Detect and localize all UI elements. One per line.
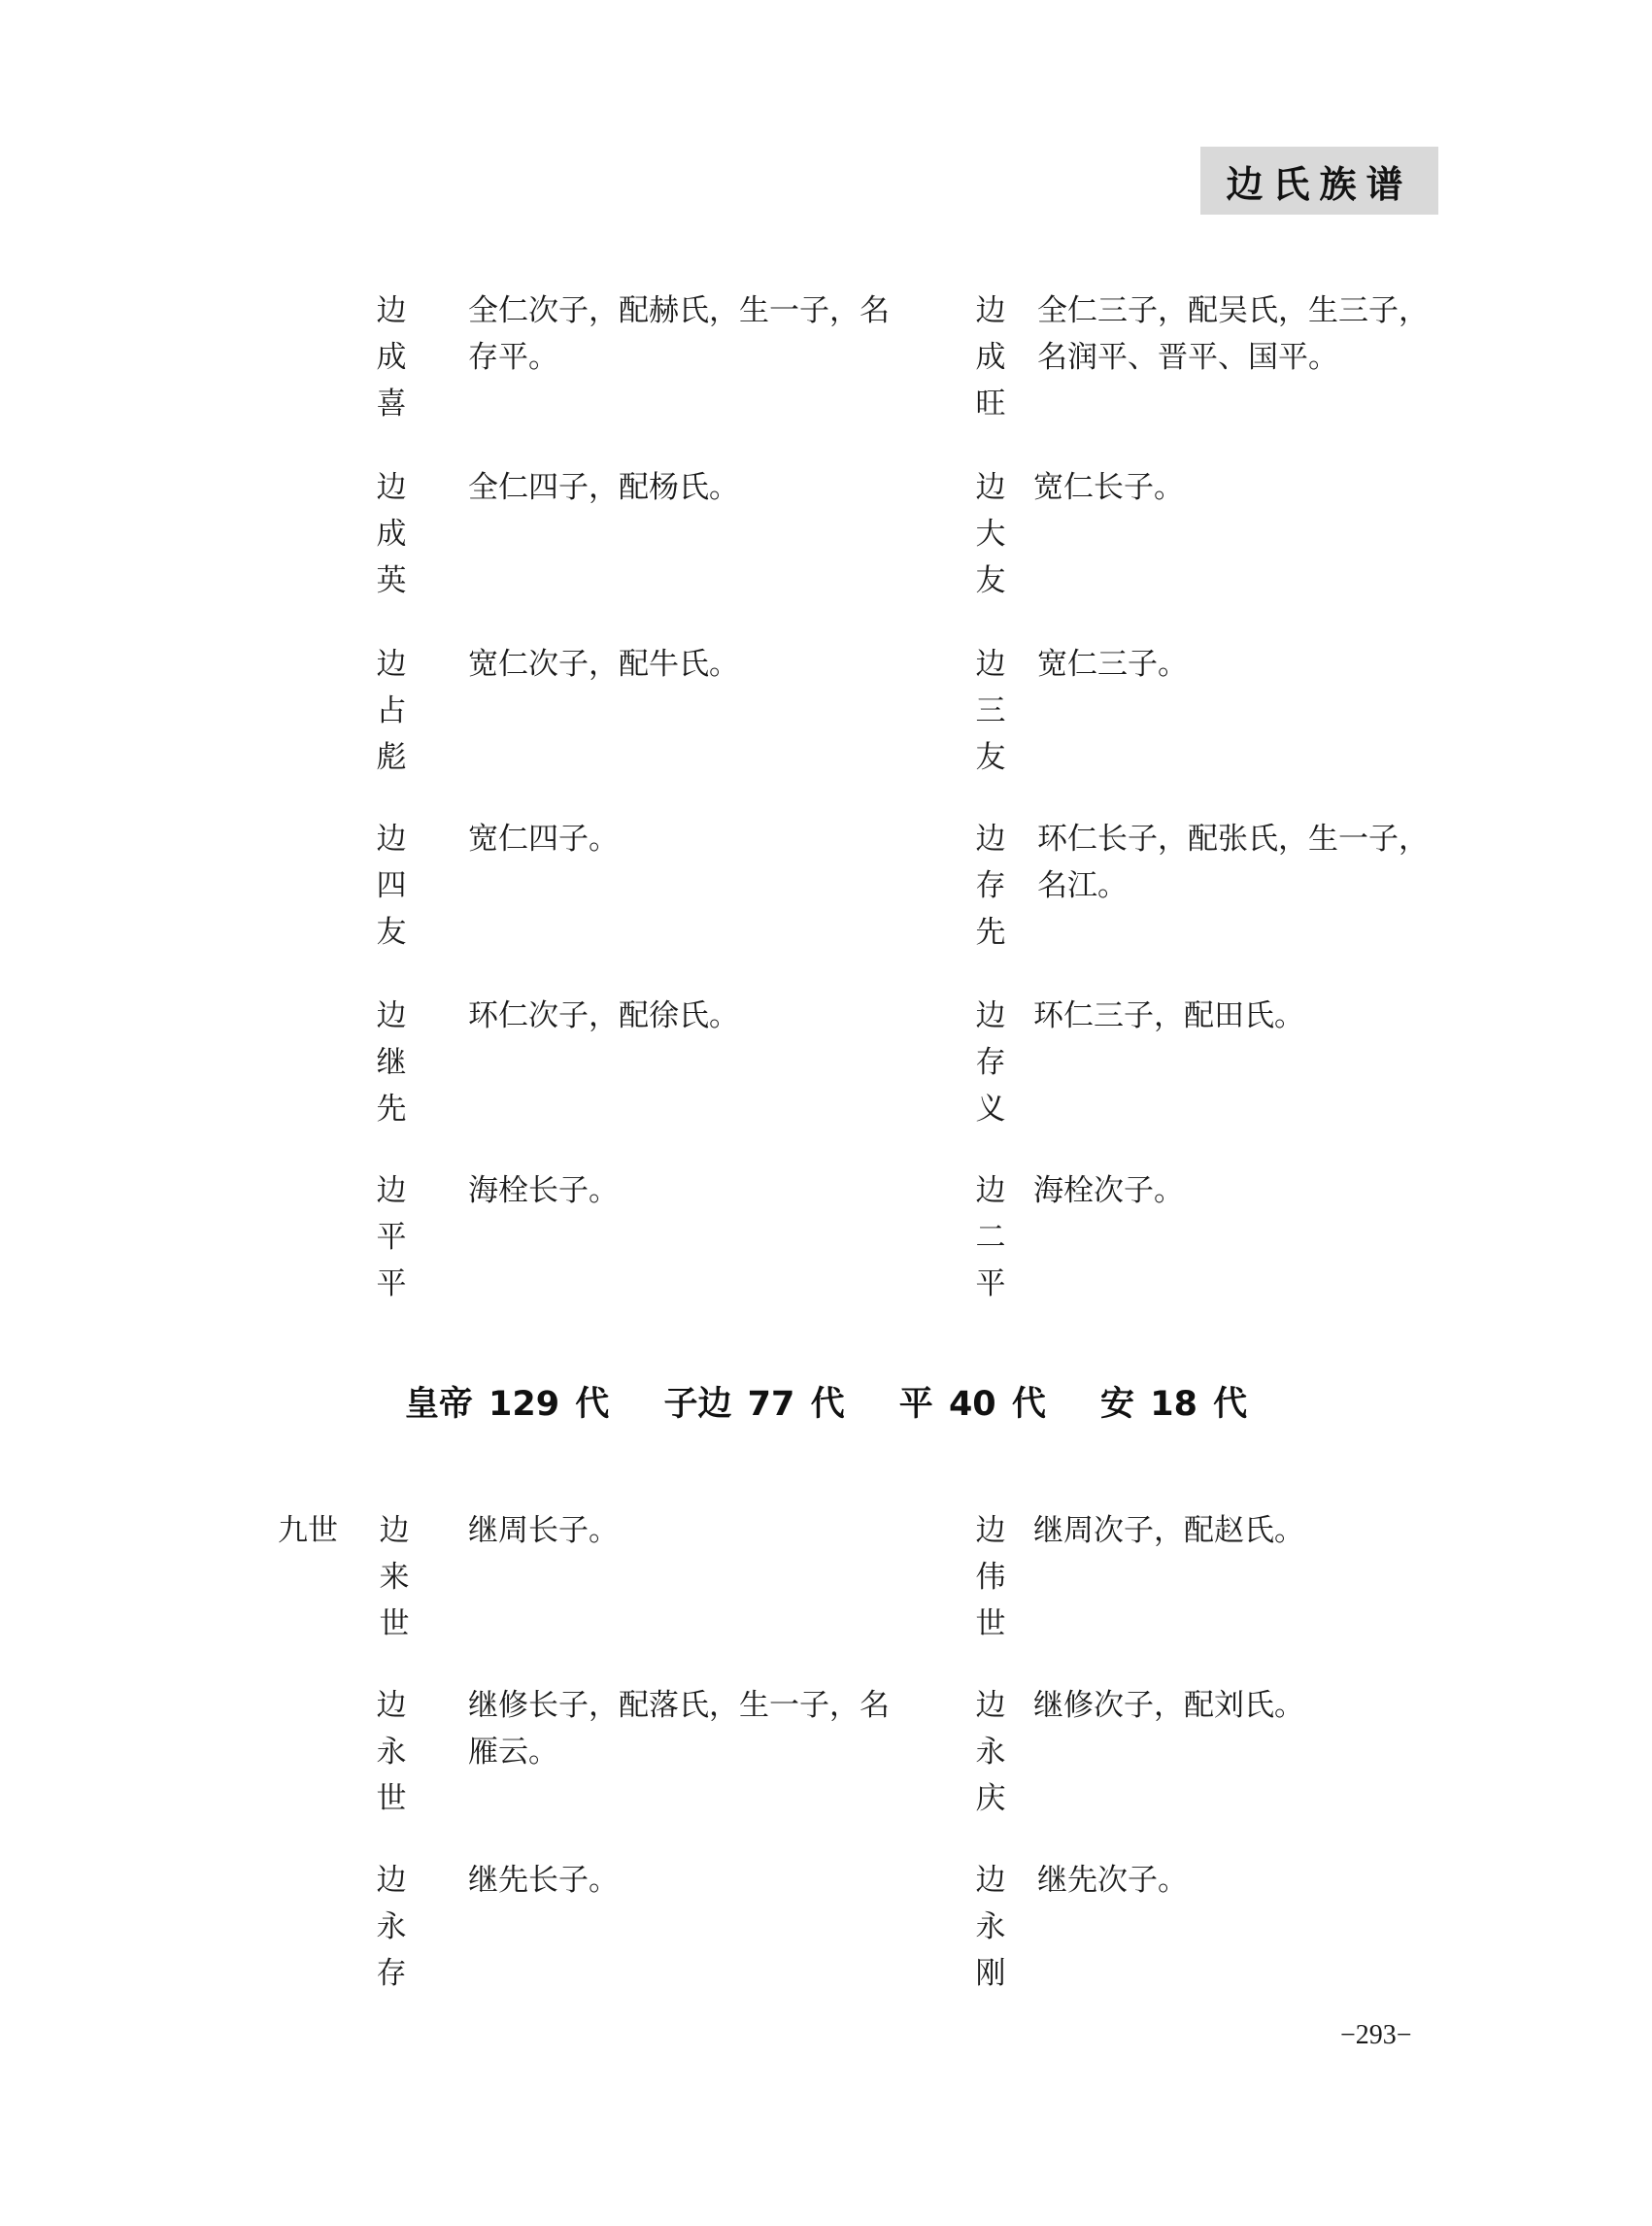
person-description: 宽仁四子。 — [468, 816, 895, 862]
name-char: 成 — [370, 334, 413, 381]
name-char: 边 — [370, 1857, 413, 1904]
person-description: 环仁长子，配张氏，生一子， 名江。 — [1037, 816, 1465, 909]
person-name: 边 成 喜 — [370, 287, 413, 427]
name-char: 占 — [370, 688, 413, 734]
name-char: 边 — [969, 1857, 1012, 1904]
name-char: 彪 — [370, 734, 413, 781]
person-name: 边 成 旺 — [969, 287, 1012, 427]
person-description: 继先次子。 — [1037, 1857, 1465, 1904]
name-char: 边 — [969, 287, 1012, 334]
person-description: 继周长子。 — [468, 1507, 895, 1554]
name-char: 平 — [370, 1214, 413, 1261]
name-char: 边 — [373, 1507, 416, 1554]
name-char: 边 — [370, 464, 413, 511]
person-description: 海栓长子。 — [468, 1167, 895, 1214]
person-name: 边 永 庆 — [969, 1682, 1012, 1822]
person-name: 边 永 世 — [370, 1682, 413, 1822]
heading-part-ping: 平 40 代 — [899, 1385, 1046, 1424]
person-description: 继先长子。 — [468, 1857, 895, 1904]
person-description: 宽仁长子。 — [1033, 464, 1461, 511]
name-char: 世 — [969, 1601, 1012, 1647]
name-char: 三 — [969, 688, 1012, 734]
person-name: 边 大 友 — [969, 464, 1012, 604]
name-char: 喜 — [370, 381, 413, 427]
name-char: 永 — [969, 1904, 1012, 1950]
name-char: 边 — [370, 1682, 413, 1729]
name-char: 平 — [969, 1261, 1012, 1307]
name-char: 边 — [969, 641, 1012, 688]
person-name: 边 四 友 — [370, 816, 413, 956]
name-char: 友 — [969, 734, 1012, 781]
person-name: 边 来 世 — [373, 1507, 416, 1647]
name-char: 边 — [969, 464, 1012, 511]
name-char: 平 — [370, 1261, 413, 1307]
person-name: 边 继 先 — [370, 993, 413, 1132]
person-description: 宽仁次子，配牛氏。 — [468, 641, 895, 688]
name-char: 英 — [370, 557, 413, 604]
name-char: 边 — [370, 641, 413, 688]
person-name: 边 伟 世 — [969, 1507, 1012, 1647]
heading-part-zibian: 子边 77 代 — [664, 1385, 845, 1424]
name-char: 成 — [370, 511, 413, 557]
person-description: 继修次子，配刘氏。 — [1033, 1682, 1461, 1729]
name-char: 刚 — [969, 1950, 1012, 1997]
name-char: 永 — [370, 1729, 413, 1775]
name-char: 边 — [969, 1167, 1012, 1214]
person-description: 环仁次子，配徐氏。 — [468, 993, 895, 1039]
person-name: 边 二 平 — [969, 1167, 1012, 1307]
name-char: 边 — [969, 1507, 1012, 1554]
person-description: 宽仁三子。 — [1037, 641, 1465, 688]
name-char: 大 — [969, 511, 1012, 557]
name-char: 边 — [370, 816, 413, 862]
name-char: 旺 — [969, 381, 1012, 427]
name-char: 伟 — [969, 1554, 1012, 1601]
person-name: 边 存 义 — [969, 993, 1012, 1132]
name-char: 四 — [370, 862, 413, 909]
heading-part-an: 安 18 代 — [1100, 1385, 1247, 1424]
name-char: 先 — [370, 1086, 413, 1132]
name-char: 边 — [969, 816, 1012, 862]
person-name: 边 平 平 — [370, 1167, 413, 1307]
person-description: 继周次子，配赵氏。 — [1033, 1507, 1461, 1554]
person-description: 全仁次子，配赫氏，生一子，名 存平。 — [468, 287, 895, 381]
name-char: 世 — [373, 1601, 416, 1647]
generation-label: 九世 — [278, 1507, 338, 1554]
name-char: 永 — [370, 1904, 413, 1950]
person-description: 全仁三子，配吴氏，生三子， 名润平、晋平、国平。 — [1037, 287, 1465, 381]
book-title: 边氏族谱 — [1226, 154, 1412, 208]
name-char: 继 — [370, 1039, 413, 1086]
name-char: 友 — [969, 557, 1012, 604]
person-description: 海栓次子。 — [1033, 1167, 1461, 1214]
person-description: 继修长子，配落氏，生一子，名 雁云。 — [468, 1682, 895, 1775]
heading-part-emperor: 皇帝 129 代 — [405, 1385, 609, 1424]
name-char: 二 — [969, 1214, 1012, 1261]
name-char: 庆 — [969, 1775, 1012, 1822]
page-number: −293− — [1340, 2020, 1412, 2051]
name-char: 存 — [370, 1950, 413, 1997]
book-title-banner: 边氏族谱 — [1200, 147, 1438, 215]
person-name: 边 三 友 — [969, 641, 1012, 781]
person-name: 边 成 英 — [370, 464, 413, 604]
name-char: 边 — [370, 287, 413, 334]
person-name: 边 永 刚 — [969, 1857, 1012, 1997]
person-description: 全仁四子，配杨氏。 — [468, 464, 895, 511]
name-char: 边 — [969, 993, 1012, 1039]
name-char: 边 — [370, 993, 413, 1039]
person-name: 边 永 存 — [370, 1857, 413, 1997]
name-char: 边 — [370, 1167, 413, 1214]
name-char: 世 — [370, 1775, 413, 1822]
name-char: 先 — [969, 909, 1012, 956]
person-name: 边 占 彪 — [370, 641, 413, 781]
name-char: 存 — [969, 862, 1012, 909]
name-char: 来 — [373, 1554, 416, 1601]
person-name: 边 存 先 — [969, 816, 1012, 956]
name-char: 义 — [969, 1086, 1012, 1132]
person-description: 环仁三子，配田氏。 — [1033, 993, 1461, 1039]
name-char: 边 — [969, 1682, 1012, 1729]
generation-heading: 皇帝 129 代 子边 77 代 平 40 代 安 18 代 — [0, 1377, 1652, 1426]
name-char: 成 — [969, 334, 1012, 381]
name-char: 永 — [969, 1729, 1012, 1775]
name-char: 友 — [370, 909, 413, 956]
name-char: 存 — [969, 1039, 1012, 1086]
